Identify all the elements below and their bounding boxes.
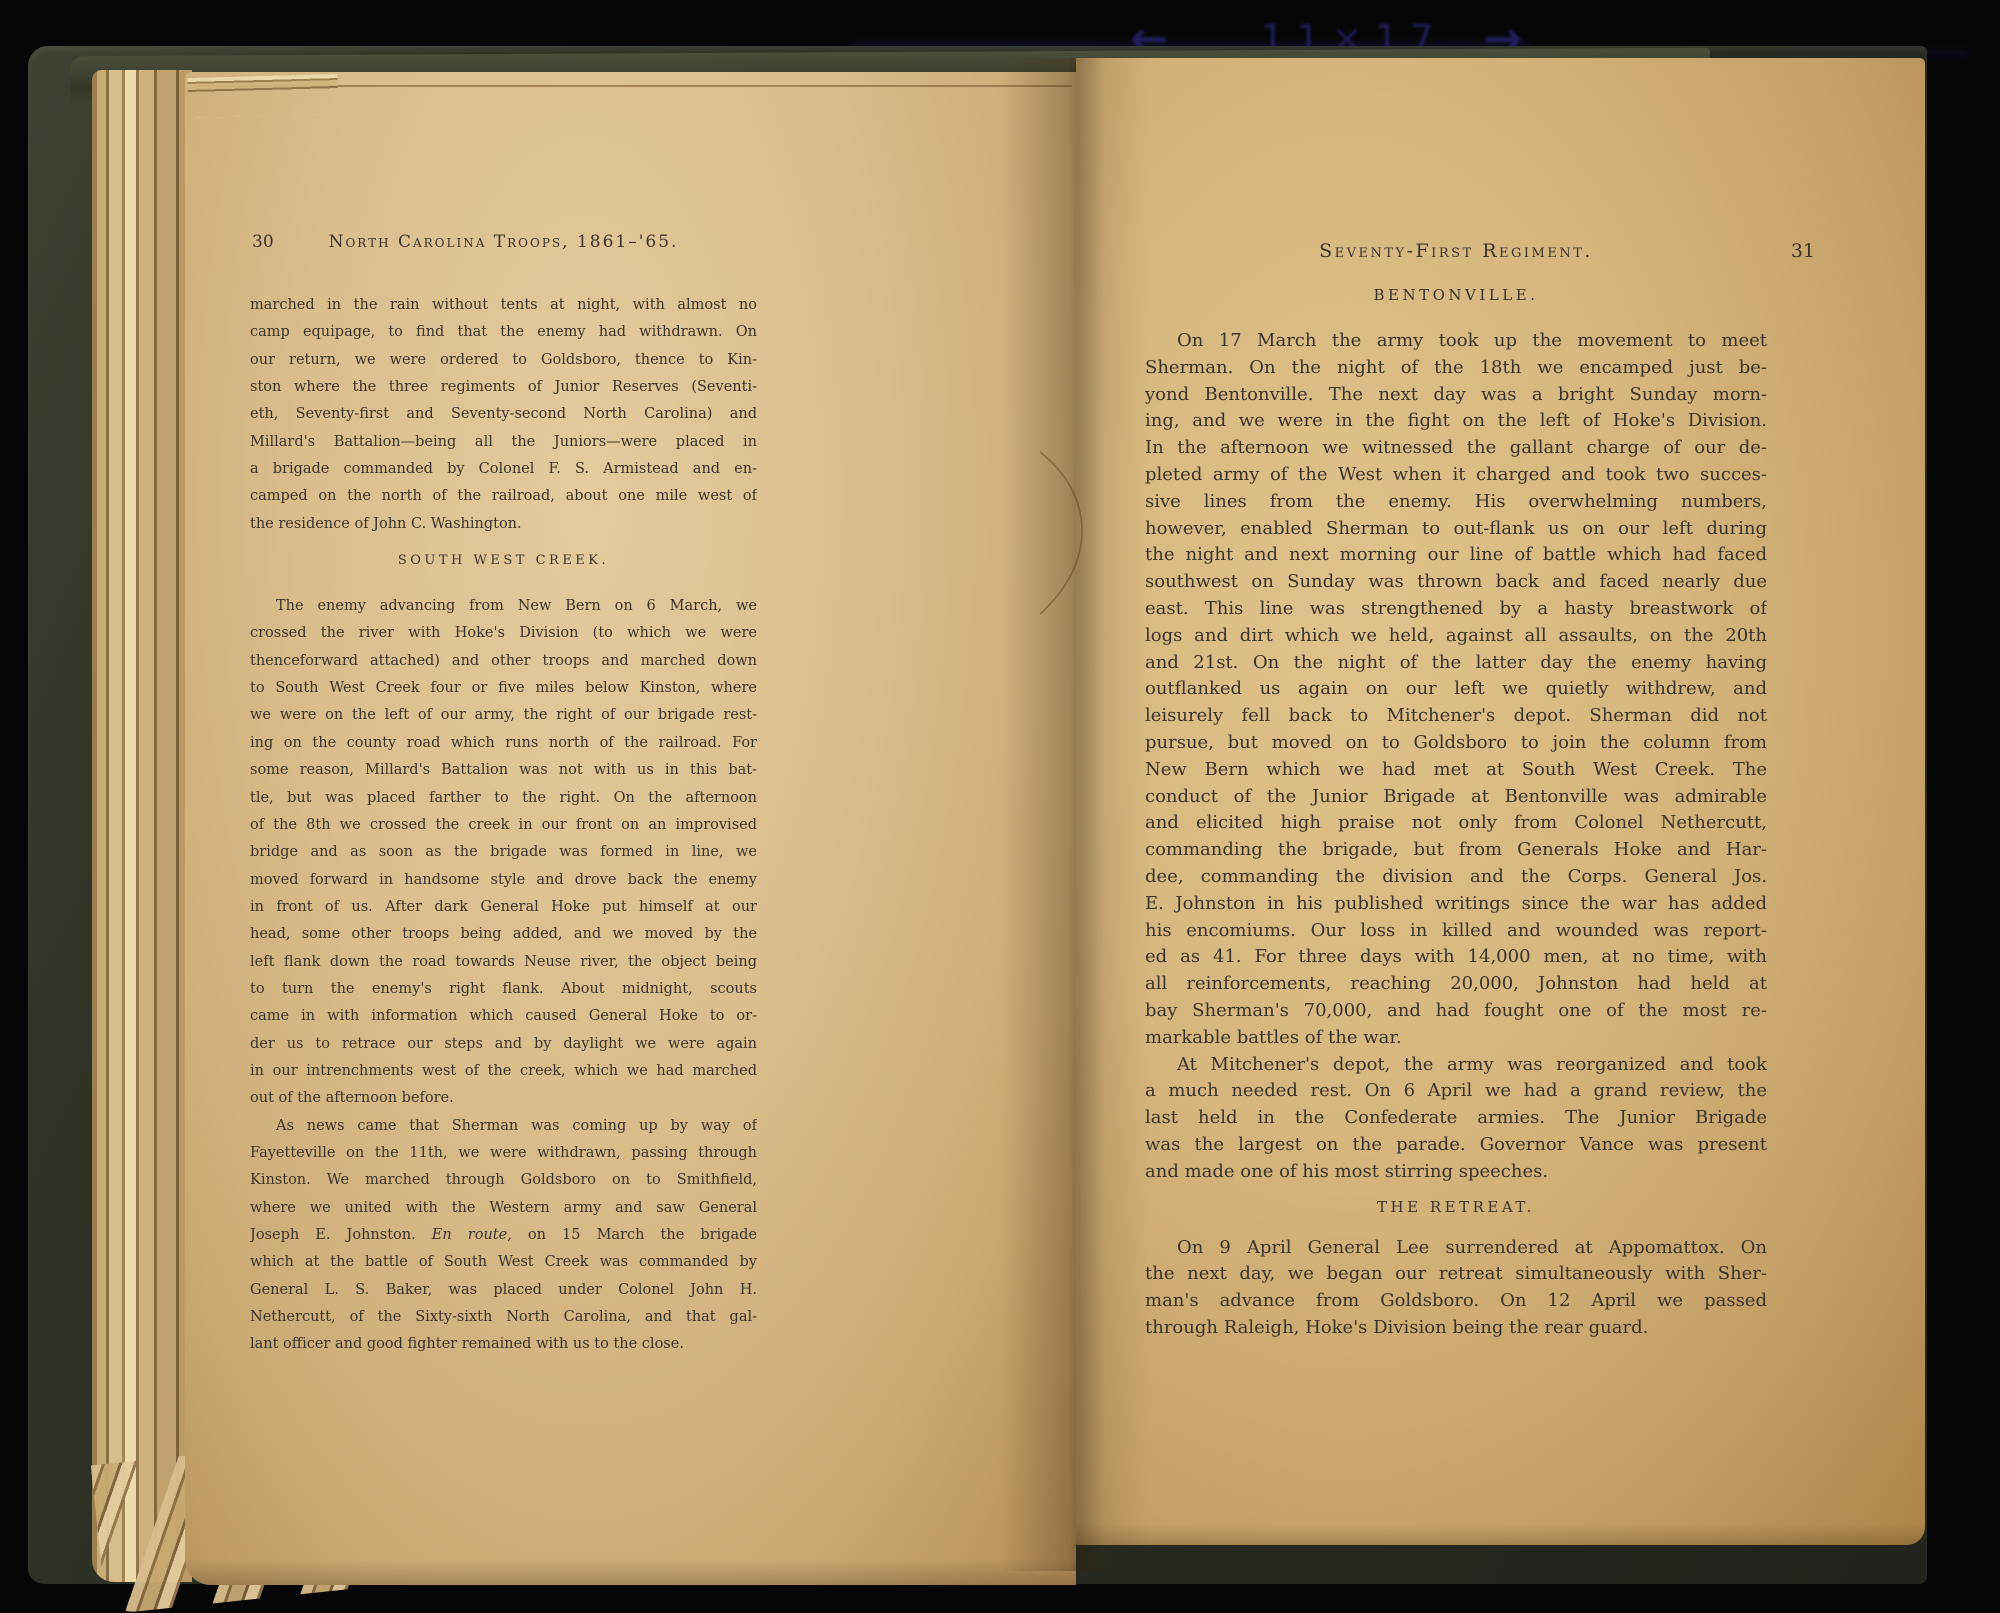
section-heading: SOUTH WEST CREEK. bbox=[250, 553, 757, 568]
text-line: of the 8th we crossed the creek in our f… bbox=[250, 812, 757, 839]
text-line: Sherman. On the night of the 18th we enc… bbox=[1145, 355, 1767, 382]
right-page-body: BENTONVILLE.On 17 March the army took up… bbox=[1145, 286, 1767, 1342]
text-line: came in with information which caused Ge… bbox=[250, 1003, 757, 1030]
text-line: In the afternoon we witnessed the gallan… bbox=[1145, 435, 1767, 462]
text-line: bay Sherman's 70,000, and had fought one… bbox=[1145, 998, 1767, 1025]
text-line: where we united with the Western army an… bbox=[250, 1195, 757, 1222]
text-line: and 21st. On the night of the latter day… bbox=[1145, 650, 1767, 677]
text-line: and elicited high praise not only from C… bbox=[1145, 810, 1767, 837]
text-line: southwest on Sunday was thrown back and … bbox=[1145, 569, 1767, 596]
text-line: camped on the north of the railroad, abo… bbox=[250, 483, 757, 510]
text-line: bridge and as soon as the brigade was fo… bbox=[250, 839, 757, 866]
right-running-header: Seventy-First Regiment. bbox=[1319, 240, 1593, 262]
text-line: As news came that Sherman was coming up … bbox=[250, 1113, 757, 1140]
text-line: Kinston. We marched through Goldsboro on… bbox=[250, 1167, 757, 1194]
text-line: camp equipage, to find that the enemy ha… bbox=[250, 319, 757, 346]
text-line: Joseph E. Johnston. En route, on 15 Marc… bbox=[250, 1222, 757, 1249]
text-line: leisurely fell back to Mitchener's depot… bbox=[1145, 703, 1767, 730]
text-line: ing on the county road which runs north … bbox=[250, 730, 757, 757]
text-line: in front of us. After dark General Hoke … bbox=[250, 894, 757, 921]
text-line: all reinforcements, reaching 20,000, Joh… bbox=[1145, 971, 1767, 998]
paragraph: On 9 April General Lee surrendered at Ap… bbox=[1145, 1235, 1767, 1342]
text-line: Millard's Battalion—being all the Junior… bbox=[250, 429, 757, 456]
text-line: we were on the left of our army, the rig… bbox=[250, 702, 757, 729]
text-line: and made one of his most stirring speech… bbox=[1145, 1159, 1767, 1186]
text-line: left flank down the road towards Neuse r… bbox=[250, 949, 757, 976]
text-line: to turn the enemy's right flank. About m… bbox=[250, 976, 757, 1003]
page-edges-stack-top bbox=[188, 74, 339, 118]
text-line: ing, and we were in the fight on the lef… bbox=[1145, 408, 1767, 435]
text-line: our return, we were ordered to Goldsboro… bbox=[250, 347, 757, 374]
text-line: Fayetteville on the 11th, we were withdr… bbox=[250, 1140, 757, 1167]
text-line: head, some other troops being added, and… bbox=[250, 921, 757, 948]
paragraph: On 17 March the army took up the movemen… bbox=[1145, 328, 1767, 1052]
text-line: east. This line was strengthened by a ha… bbox=[1145, 596, 1767, 623]
text-line: The enemy advancing from New Bern on 6 M… bbox=[250, 593, 757, 620]
text-line: a much needed rest. On 6 April we had a … bbox=[1145, 1078, 1767, 1105]
text-line: his encomiums. Our loss in killed and wo… bbox=[1145, 918, 1767, 945]
text-line: which at the battle of South West Creek … bbox=[250, 1249, 757, 1276]
right-page-number: 31 bbox=[1791, 240, 1815, 262]
text-line: to South West Creek four or five miles b… bbox=[250, 675, 757, 702]
text-line: through Raleigh, Hoke's Division being t… bbox=[1145, 1315, 1767, 1342]
text-line: the next day, we began our retreat simul… bbox=[1145, 1261, 1767, 1288]
text-line: General L. S. Baker, was placed under Co… bbox=[250, 1277, 757, 1304]
section-heading: BENTONVILLE. bbox=[1145, 286, 1767, 304]
left-page-number: 30 bbox=[252, 232, 274, 252]
paragraph: marched in the rain without tents at nig… bbox=[250, 292, 757, 538]
text-line: the night and next morning our line of b… bbox=[1145, 542, 1767, 569]
left-running-header: North Carolina Troops, 1861–'65. bbox=[329, 232, 679, 252]
paragraph: At Mitchener's depot, the army was reorg… bbox=[1145, 1052, 1767, 1186]
text-line: On 17 March the army took up the movemen… bbox=[1145, 328, 1767, 355]
text-line: last held in the Confederate armies. The… bbox=[1145, 1105, 1767, 1132]
text-line: markable battles of the war. bbox=[1145, 1025, 1767, 1052]
page-edges-stack bbox=[92, 70, 192, 1582]
text-line: tle, but was placed farther to the right… bbox=[250, 785, 757, 812]
text-line: logs and dirt which we held, against all… bbox=[1145, 623, 1767, 650]
text-line: thenceforward attached) and other troops… bbox=[250, 648, 757, 675]
text-line: however, enabled Sherman to out-flank us… bbox=[1145, 516, 1767, 543]
paragraph: As news came that Sherman was coming up … bbox=[250, 1113, 757, 1359]
text-line: lant officer and good fighter remained w… bbox=[250, 1331, 757, 1358]
text-line: E. Johnston in his published writings si… bbox=[1145, 891, 1767, 918]
text-line: some reason, Millard's Battalion was not… bbox=[250, 757, 757, 784]
text-line: out of the afternoon before. bbox=[250, 1085, 757, 1112]
text-line: ston where the three regiments of Junior… bbox=[250, 374, 757, 401]
text-line: in our intrenchments west of the creek, … bbox=[250, 1058, 757, 1085]
paragraph: The enemy advancing from New Bern on 6 M… bbox=[250, 593, 757, 1113]
book-scan: ← 11×17 → 30 North Carolina Troops, 1861… bbox=[0, 0, 2000, 1613]
text-line: yond Bentonville. The next day was a bri… bbox=[1145, 382, 1767, 409]
text-line: On 9 April General Lee surrendered at Ap… bbox=[1145, 1235, 1767, 1262]
text-line: eth, Seventy-first and Seventy-second No… bbox=[250, 401, 757, 428]
text-line: der us to retrace our steps and by dayli… bbox=[250, 1031, 757, 1058]
text-line: At Mitchener's depot, the army was reorg… bbox=[1145, 1052, 1767, 1079]
text-line: outflanked us again on our left we quiet… bbox=[1145, 676, 1767, 703]
text-line: sive lines from the enemy. His overwhelm… bbox=[1145, 489, 1767, 516]
text-line: moved forward in handsome style and drov… bbox=[250, 867, 757, 894]
text-line: conduct of the Junior Brigade at Bentonv… bbox=[1145, 784, 1767, 811]
text-line: pleted army of the West when it charged … bbox=[1145, 462, 1767, 489]
text-line: a brigade commanded by Colonel F. S. Arm… bbox=[250, 456, 757, 483]
text-line: crossed the river with Hoke's Division (… bbox=[250, 620, 757, 647]
text-line: dee, commanding the division and the Cor… bbox=[1145, 864, 1767, 891]
left-page-header: 30 North Carolina Troops, 1861–'65. bbox=[250, 232, 757, 252]
text-line: ed as 41. For three days with 14,000 men… bbox=[1145, 944, 1767, 971]
text-line: commanding the brigade, but from General… bbox=[1145, 837, 1767, 864]
text-line: New Bern which we had met at South West … bbox=[1145, 757, 1767, 784]
section-heading: THE RETREAT. bbox=[1145, 1198, 1767, 1216]
text-line: man's advance from Goldsboro. On 12 Apri… bbox=[1145, 1288, 1767, 1315]
text-line: pursue, but moved on to Goldsboro to joi… bbox=[1145, 730, 1767, 757]
left-page-body: marched in the rain without tents at nig… bbox=[250, 292, 757, 1359]
left-page-text: 30 North Carolina Troops, 1861–'65. marc… bbox=[250, 232, 757, 1359]
text-line: the residence of John C. Washington. bbox=[250, 511, 757, 538]
text-line: marched in the rain without tents at nig… bbox=[250, 292, 757, 319]
right-page-header: Seventy-First Regiment. 31 bbox=[1145, 240, 1767, 262]
text-line: was the largest on the parade. Governor … bbox=[1145, 1132, 1767, 1159]
right-page-text: Seventy-First Regiment. 31 BENTONVILLE.O… bbox=[1145, 240, 1767, 1342]
text-line: Nethercutt, of the Sixty-sixth North Car… bbox=[250, 1304, 757, 1331]
